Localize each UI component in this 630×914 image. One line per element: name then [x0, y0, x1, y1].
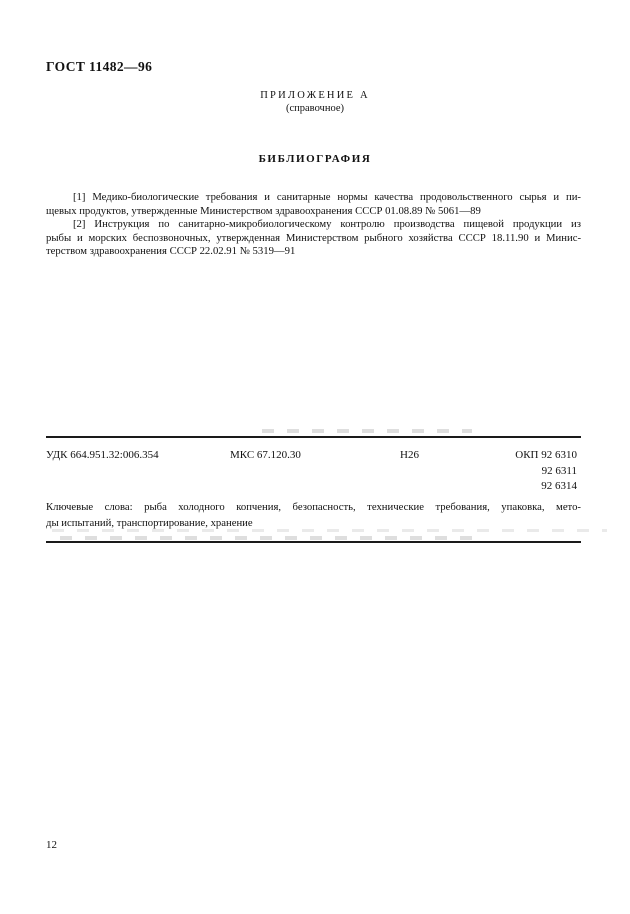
page-number: 12	[46, 839, 57, 851]
appendix-subtitle: (справочное)	[0, 103, 630, 114]
okp-codes: ОКП 92 6310 92 6311 92 6314	[515, 448, 577, 495]
print-show-through-artifact	[60, 536, 480, 540]
bibliography-entry-line: [2] Инструкция по санитарно-микробиологи…	[46, 218, 581, 232]
bibliography-entry-line: щевых продуктов, утвержденные Министерст…	[46, 205, 581, 219]
print-show-through-artifact	[262, 429, 472, 433]
print-show-through-artifact	[52, 529, 607, 532]
bibliography-entry-line: терством здравоохранения СССР 22.02.91 №…	[46, 245, 581, 259]
horizontal-rule	[46, 436, 581, 438]
appendix-title: ПРИЛОЖЕНИЕ А	[0, 90, 630, 101]
bibliography-entry-line: [1] Медико-биологические требования и са…	[46, 191, 581, 205]
keywords-line: Ключевые слова: рыба холодного копчения,…	[46, 499, 581, 515]
bibliography-entry-line: рыбы и морских беспозвоночных, утвержден…	[46, 232, 581, 246]
horizontal-rule	[46, 541, 581, 543]
bibliography-entry: [2] Инструкция по санитарно-микробиологи…	[46, 218, 581, 259]
standard-code: ГОСТ 11482—96	[46, 59, 152, 75]
bibliography-entry: [1] Медико-биологические требования и са…	[46, 191, 581, 218]
document-page: ГОСТ 11482—96 ПРИЛОЖЕНИЕ А (справочное) …	[0, 0, 630, 914]
okp-code-line: 92 6311	[515, 464, 577, 480]
bibliography-entries: [1] Медико-биологические требования и са…	[46, 191, 581, 259]
group-code: Н26	[400, 448, 419, 464]
appendix-header: ПРИЛОЖЕНИЕ А (справочное)	[0, 90, 630, 114]
okp-code-line: 92 6314	[515, 479, 577, 495]
udk-code: УДК 664.951.32:006.354	[46, 448, 159, 464]
keywords-paragraph: Ключевые слова: рыба холодного копчения,…	[46, 499, 581, 531]
bibliography-heading: БИБЛИОГРАФИЯ	[0, 153, 630, 165]
mks-code: МКС 67.120.30	[230, 448, 301, 464]
okp-code-line: ОКП 92 6310	[515, 448, 577, 464]
